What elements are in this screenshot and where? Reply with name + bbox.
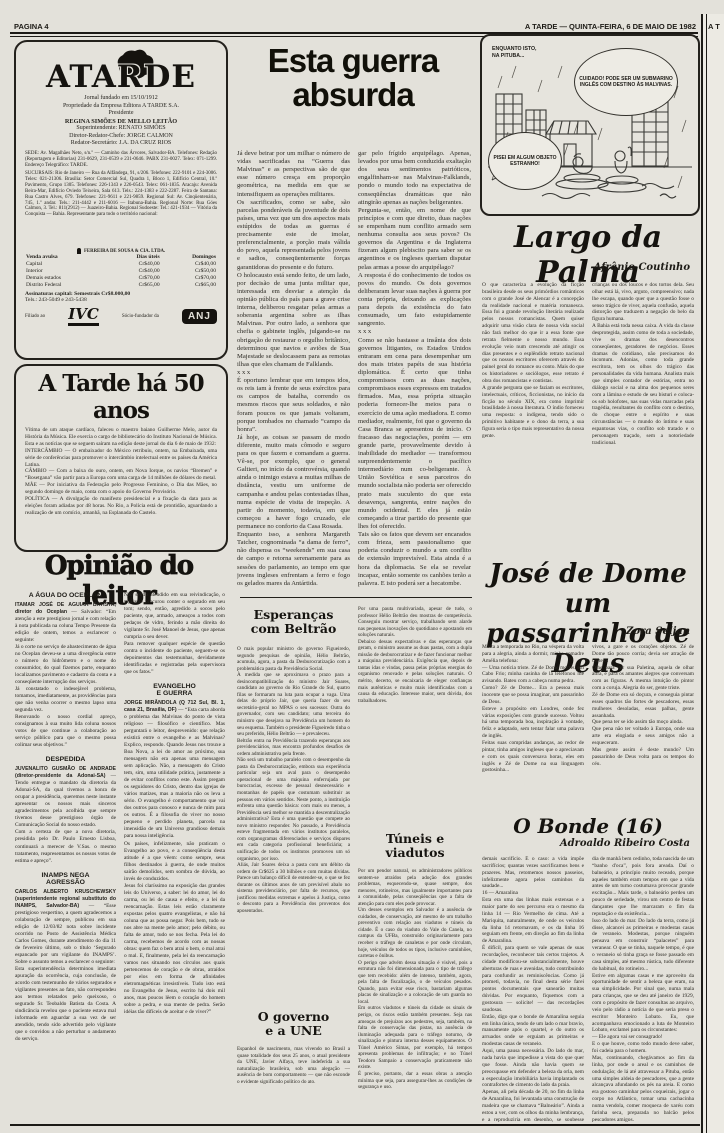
cartoon-caption: ENQUANTO ISTO, NA PITUBA...	[492, 46, 562, 60]
masthead-sede: SEDE: Av. Magalhães Neto, s/n.º — Caminh…	[25, 151, 217, 169]
dome-column-2: vivos, a gare e os corações objetos. Zé …	[592, 644, 694, 810]
dome-byline: Zora Seljan	[482, 626, 690, 637]
dome-column-1: Morta a temporada no Rio, na véspera da …	[482, 644, 584, 810]
fifty-years-box: A Tarde há 50 anos Vítima de um ataque c…	[14, 364, 228, 552]
largo-column-1: O que caracteriza a evolução da ficção b…	[482, 282, 584, 550]
masthead-sucursais: SUCURSAIS: Rio de Janeiro — Rua da Alfân…	[25, 171, 217, 218]
letter-agua-oceplan: A ÁGUA DO OCEPLAN ITAMAR JOSÉ DE AGUIAR …	[15, 592, 116, 749]
newspaper-logo: ATARDE	[25, 47, 217, 95]
masthead-staff: Superintendente: RENATO SIMÕES Diretor-R…	[25, 125, 217, 148]
editorial-cartoon: ENQUANTO ISTO, NA PITUBA... CUIDADO! POD…	[480, 34, 700, 216]
letter-heading: A ÁGUA DO OCEPLAN	[15, 592, 116, 599]
letter-evangelho-guerra: EVANGELHO E GUERRA JORGE MIRÂNDOLA (Q 71…	[124, 683, 225, 1016]
opinion-column-1: A ÁGUA DO OCEPLAN ITAMAR JOSÉ DE AGUIAR …	[15, 590, 116, 1130]
ivc-logo: IVC	[68, 307, 99, 326]
footer-rule	[10, 1124, 700, 1126]
letter-inamps: INAMPS NEGA AGRESSÃO CARLOS ALBERTO KRUS…	[15, 872, 116, 1043]
price-col-label: Venda avulsa	[25, 254, 106, 261]
letter-text: — Salvador: “Em atenção a este prestigio…	[15, 609, 116, 748]
bonde-byline: Adroaldo Ribeiro Costa	[482, 838, 690, 849]
largo-byline: Afrânio Coutinho	[482, 262, 690, 273]
beltrao-title: Esperanças com Beltrão	[237, 608, 350, 637]
tunnels-title: Túneis e viadutos	[358, 832, 472, 861]
letter-heading: DESPEDIDA	[15, 756, 116, 763]
cartoon-speech-bubble-right: CUIDADO! PODE SER UM SUBMARINO INGLÊS CO…	[574, 48, 678, 116]
masthead-founded: Jornal fundado em 15/10/1912 Propriedade…	[25, 95, 217, 118]
tunnels-body: Por um pendor natural, os administradore…	[358, 868, 472, 1126]
newspaper-page: PAGINA 4 A TARDE — QUINTA-FEIRA, 6 DE MA…	[0, 0, 724, 1133]
letter-heading: INAMPS NEGA AGRESSÃO	[15, 872, 116, 886]
edition-date-label: A TARDE — QUINTA-FEIRA, 6 DE MAIO DE 198…	[340, 22, 696, 31]
letter-despedida: DESPEDIDA JUVENALITO GUSMÃO DE ANDRADE (…	[15, 756, 116, 864]
masthead-box: ATARDE Jornal fundado em 15/10/1912 Prop…	[14, 40, 228, 360]
subscription-phones: Tels.: 243-5049 e 243-5438	[25, 297, 217, 303]
adjacent-page-edge	[701, 14, 724, 1133]
table-row: InteriorCr$40,00Cr$50,00	[25, 268, 217, 275]
table-row: Demais estadosCr$70,00Cr$70,00	[25, 275, 217, 282]
editorial-headline: Esta guerra absurda	[233, 44, 473, 113]
editorial-column-1: Já deve beirar por um milhar o número de…	[237, 150, 350, 590]
largo-column-2: crianças ou dos loucos e dos tortos dela…	[592, 282, 694, 550]
letter-text: — “Esta carta aborda o problema das Malv…	[124, 707, 225, 1015]
letter-text: — Tendo entregue o mandato da diretoria …	[15, 773, 116, 863]
une-body: Espanhol de nascimento, mas vivendo no B…	[237, 1046, 350, 1126]
rep-agency-icon	[77, 248, 81, 254]
letter-author: JUVENALITO GUSMÃO DE ANDRADE (diretor-pr…	[15, 766, 116, 779]
editorial-column-2: gar pelo frígido arquipélago. Apenas, le…	[358, 150, 471, 590]
anj-label: Sócio-fundador da	[122, 314, 159, 319]
beltrao-column-2: Por uma pauta multivariada, apesar de tu…	[358, 606, 472, 824]
center-section-rule	[240, 597, 472, 598]
adjacent-page-fragment: A T	[708, 22, 724, 31]
une-title: O governo e a UNE	[237, 1010, 350, 1039]
price-table: Venda avulsa Dias úteis Domingos Capital…	[25, 254, 217, 289]
page-number-label: PAGINA 4	[14, 22, 49, 31]
fifty-years-body: Vítima de um ataque cardíaco, faleceu o …	[25, 427, 217, 552]
bonde-column-1: demais sacrifício. É o caso: a vida impõ…	[482, 856, 584, 1124]
letter-text: Não sendo atendido em sua reivindicação,…	[124, 592, 225, 675]
table-row: Distrito FederalCr$65,00Cr$65,00	[25, 282, 217, 289]
ivc-label: Filiado ao	[25, 314, 45, 319]
largo-da-palma-title: Largo da Palma	[482, 220, 694, 290]
cartoon-speech-bubble-left: PISEI EM ALGUM OBJETO ESTRANHO!	[488, 132, 562, 190]
fifty-years-title: A Tarde há 50 anos	[16, 370, 226, 424]
anj-logo: ANJ	[182, 309, 217, 324]
letter-inamps-continuation: Não sendo atendido em sua reivindicação,…	[124, 592, 225, 676]
bonde-column-2: dia de manhã bem cedinho, toda nascida d…	[592, 856, 694, 1124]
bonde-title: O Bonde (16)	[482, 814, 694, 838]
letter-heading: EVANGELHO E GUERRA	[124, 683, 225, 697]
letter-text: — “Esse prestigioso vespertino, a quem a…	[15, 903, 116, 1042]
table-row: CapitalCr$40,00Cr$40,00	[25, 261, 217, 268]
opinion-column-2: Não sendo atendido em sua reivindicação,…	[124, 590, 225, 1130]
beltrao-column-1: O mais popular ministro do governo Figue…	[237, 646, 350, 1004]
